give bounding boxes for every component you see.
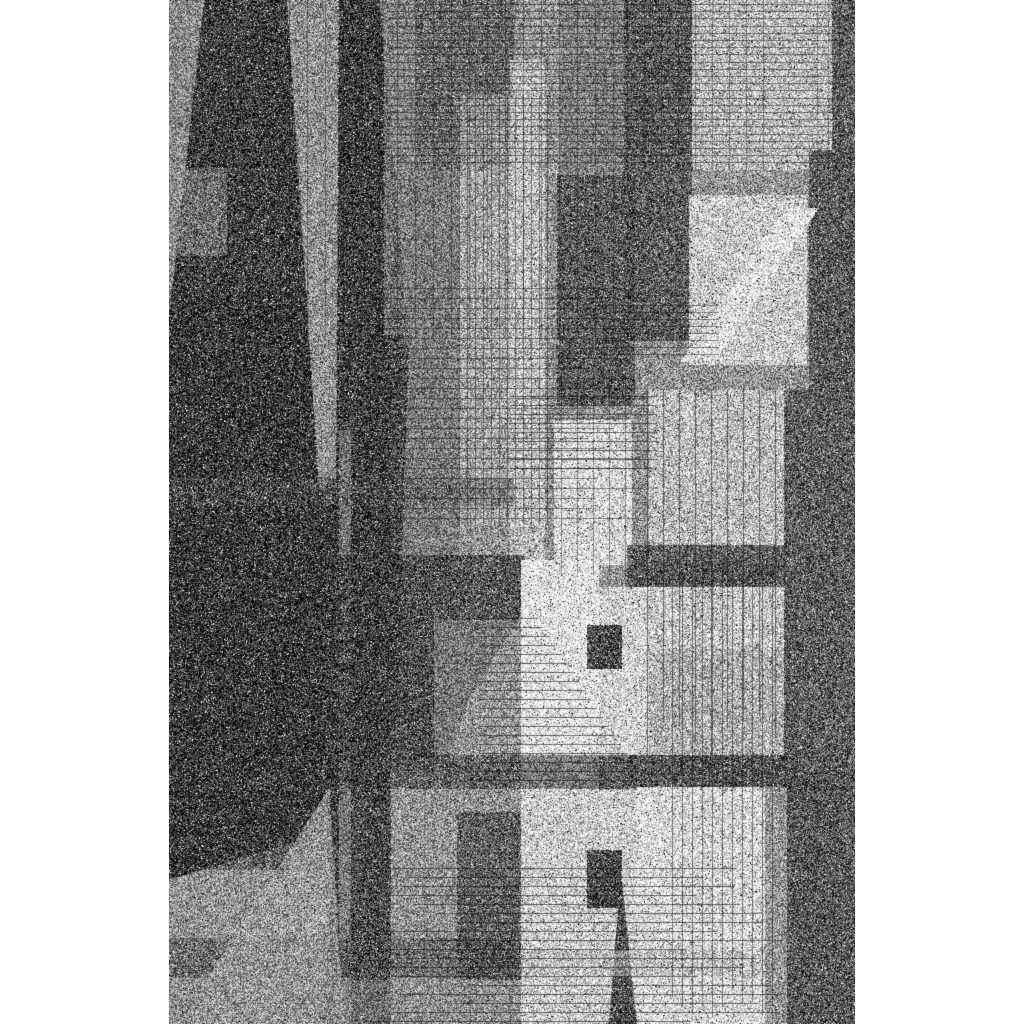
generative-artwork-canvas (169, 0, 855, 1024)
page-background (0, 0, 1024, 1024)
